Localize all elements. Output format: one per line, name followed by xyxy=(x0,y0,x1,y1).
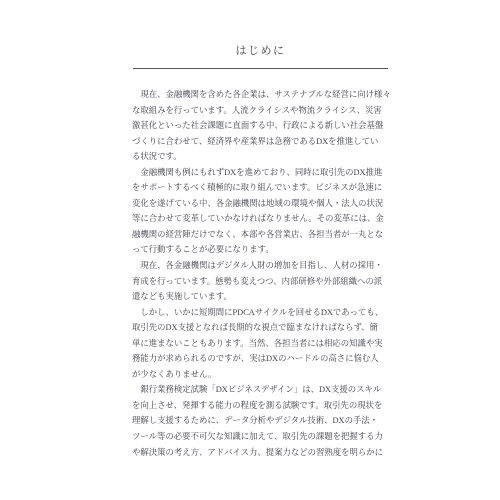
body-text-line: 融機関の経営陣だけでなく、本部や各営業店、各担当者が一丸とな xyxy=(132,227,395,243)
body-text-line: って行動することが必要になります。 xyxy=(132,242,395,258)
body-text-line: 銀行業務検定試験「DXビジネスデザイン」は、DX支援のスキル xyxy=(132,382,395,398)
body-text-line: 現在、金融機関を含めた各企業は、サステナブルな経営に向け様々 xyxy=(132,87,395,103)
title-divider xyxy=(133,68,388,69)
body-text-line: 育成を行っています。態勢も変えつつ、内部研修や外部組織への派 xyxy=(132,274,395,290)
body-text-line: 取引先のDX支援となれば長期的な視点で臨まなければならず、簡 xyxy=(132,320,395,336)
body-text-line: な取組みを行っています。人流クライシスや物流クライシス、災害 xyxy=(132,103,395,119)
body-text-line: づくりに合わせて、経済界や産業界は急務であるDXを推進してい xyxy=(132,134,395,150)
page-title: はじめに xyxy=(133,45,388,58)
body-text-line: しかし、いかに短期間にPDCAサイクルを回せるDXであっても、 xyxy=(132,305,395,321)
body-text-line: が少なくありません。 xyxy=(132,367,395,383)
body-text-line: や解決策の考え方、アドバイス力、提案力などの習熟度を明らかに xyxy=(132,445,395,461)
body-text-line: 激甚化といった社会課題に直面する中、行政による新しい社会基盤 xyxy=(132,118,395,134)
body-text-line: 理解し支援するために、データ分析やデジタル技術、DXの手法・ xyxy=(132,413,395,429)
body-text-line: 現在、各金融機関はデジタル人財の増加を目指し、人材の採用・ xyxy=(132,258,395,274)
body-text: 現在、金融機関を含めた各企業は、サステナブルな経営に向け様々な取組みを行っていま… xyxy=(132,87,395,460)
body-text-line: をサポートするべく積極的に取り組んでいます。ビジネスが急速に xyxy=(132,180,395,196)
body-text-line: 金融機関も例にもれずDXを進めており、同時に取引先のDX推進 xyxy=(132,165,395,181)
body-text-line: 遣なども実施しています。 xyxy=(132,289,395,305)
body-text-line: 務能力が求められるのですが、実はDXのハードルの高さに悩む人 xyxy=(132,351,395,367)
body-text-line: る状況です。 xyxy=(132,149,395,165)
body-text-line: 単に進まないこともあります。当然、各担当者には相応の知識や実 xyxy=(132,336,395,352)
body-text-line: 変化を遂げている中、各金融機関は地域の環境や個人・法人の状況 xyxy=(132,196,395,212)
body-text-line: ツール等の必要不可欠な知識に加えて、取引先の課題を把握する力 xyxy=(132,429,395,445)
body-text-line: 等に合わせて変革していかなければなりません。その変革には、金 xyxy=(132,211,395,227)
body-text-line: を向上させ、発揮する能力の程度を測る試験です。取引先の現状を xyxy=(132,398,395,414)
book-page: はじめに 現在、金融機関を含めた各企業は、サステナブルな経営に向け様々な取組みを… xyxy=(0,0,500,500)
